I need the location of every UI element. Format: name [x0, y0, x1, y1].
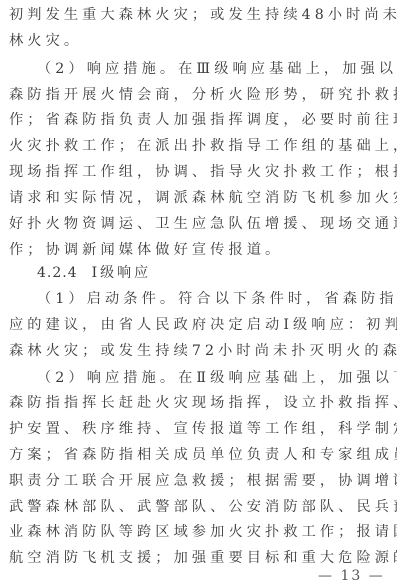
- paragraph-line: 职责分工联合开展应急救援；根据需要，协调增调驻湘解放军、: [9, 470, 389, 492]
- paragraph-line: 火灾扑救工作；在派出扑救指导工作组的基础上，根据需要派出: [9, 135, 389, 157]
- paragraph-line: （2）响应措施。在Ⅲ级响应基础上，加强以下应急措施：省: [37, 58, 389, 80]
- paragraph-line: 初判发生重大森林火灾；或发生持续48小时尚未扑灭明火的森: [9, 4, 389, 26]
- section-heading: 4.2.4Ⅰ级响应: [37, 262, 151, 284]
- paragraph-line: 森防指指挥长赶赴火灾现场指挥，设立扑救指挥、后勤保障、救: [9, 392, 389, 414]
- paragraph-line: 业森林消防队等跨区域参加火灾扑救工作；报请国家森防指增派: [9, 521, 389, 543]
- page-number: — 13 —: [318, 566, 385, 586]
- paragraph-line: 请求和实际情况，调派森林航空消防飞机参加火灾扑救，协调做: [9, 187, 389, 209]
- section-number: 4.2.4: [37, 265, 78, 281]
- paragraph-line: 作；协调新闻媒体做好宣传报道。: [9, 239, 389, 261]
- paragraph-line: （2）响应措施。在Ⅱ级响应基础上，加强以下应急措施：省: [37, 367, 389, 389]
- paragraph-line: 森防指开展火情会商，分析火险形势，研究扑救措施及保障工: [9, 84, 389, 106]
- paragraph-line: 林火灾。: [9, 30, 389, 52]
- paragraph-line: （1）启动条件。符合以下条件时，省森防指提出启动Ⅰ级响: [37, 288, 389, 310]
- paragraph-line: 护安置、秩序维持、宣传报道等工作组，科学制定森林火灾扑救: [9, 418, 389, 440]
- paragraph-line: 现场指挥工作组，协调、指导火灾扑救工作；根据市州森防指的: [9, 161, 389, 183]
- paragraph-line: 应的建议，由省人民政府决定启动Ⅰ级响应：初判发生特别重大: [9, 314, 389, 336]
- section-title: Ⅰ级响应: [92, 265, 152, 281]
- paragraph-line: 方案；省森防指相关成员单位负责人和专家组成员前往现场，按: [9, 444, 389, 466]
- paragraph-line: 作；省森防指负责人加强指挥调度，必要时前往现场协调、指导: [9, 109, 389, 131]
- paragraph-line: 森林火灾；或发生持续72小时尚未扑灭明火的森林火灾。: [9, 340, 389, 362]
- paragraph-line: 武警森林部队、武警部队、公安消防部队、民兵预备役部队及专: [9, 496, 389, 518]
- paragraph-line: 好扑火物资调运、卫生应急队伍增援、现场交通通信保障等工: [9, 213, 389, 235]
